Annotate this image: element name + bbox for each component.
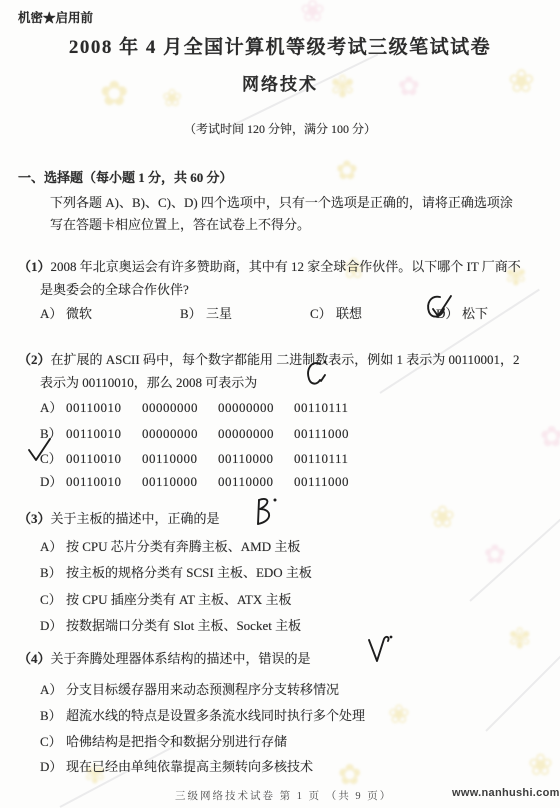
question-text: 关于主板的描述中，正确的是: [51, 511, 220, 526]
binary-group: 00110111: [294, 451, 370, 467]
question-number: （2）: [18, 352, 51, 367]
question-text: 关于奔腾处理器体系结构的描述中，错误的是: [51, 651, 311, 666]
option-label: C）: [310, 303, 336, 322]
flower-watermark-icon: ✿: [484, 540, 506, 570]
question-2-option-b: B）00110010000000000000000000111000: [40, 423, 370, 442]
question-4-stem: （4）关于奔腾处理器体系结构的描述中，错误的是: [18, 648, 311, 667]
footer-page-info: 三级网络技术试卷 第 1 页 （共 9 页）: [175, 788, 392, 803]
flower-watermark-icon: ✿: [336, 156, 358, 186]
option-label: C）: [40, 731, 66, 750]
handwritten-letter-d-q4-icon: [365, 634, 393, 666]
question-1-stem: （1）2008 年北京奥运会有许多赞助商，其中有 12 家全球合作伙伴。以下哪个…: [18, 256, 521, 275]
flower-watermark-icon: ❀: [528, 748, 553, 783]
flower-watermark-icon: ✿: [540, 420, 560, 454]
flower-watermark-icon: ✾: [508, 622, 531, 656]
question-4-option-a: A）分支目标缓存器用来动态预测程序分支转移情况: [40, 679, 339, 698]
option-text: 超流水线的特点是设置多条流水线同时执行多个处理: [66, 708, 365, 723]
question-text: 在扩展的 ASCII 码中，每个数字都能用 二进制数表示，例如 1 表示为 00…: [51, 352, 520, 367]
binary-group: 00110000: [142, 451, 218, 467]
page-subtitle: 网络技术: [0, 70, 560, 95]
binary-group: 00110000: [142, 474, 218, 490]
flower-watermark-icon: ❀: [300, 0, 325, 29]
binary-group: 00000000: [218, 426, 294, 442]
option-label: A）: [40, 536, 66, 555]
page-title: 2008 年 4 月全国计算机等级考试三级笔试试卷: [0, 32, 560, 59]
question-4-option-c: C）哈佛结构是把指令和数据分别进行存储: [40, 731, 287, 750]
question-2-stem: （2）在扩展的 ASCII 码中，每个数字都能用 二进制数表示，例如 1 表示为…: [18, 349, 519, 368]
option-text: 按数据端口分类有 Slot 主板、Socket 主板: [66, 618, 301, 633]
question-number: （1）: [18, 259, 51, 274]
option-label: A）: [40, 303, 66, 322]
question-number: （3）: [18, 511, 51, 526]
question-1-option-c: C）联想: [310, 303, 362, 322]
option-text: 联想: [336, 306, 362, 321]
option-label: A）: [40, 679, 66, 698]
section-heading: 一、选择题（每小题 1 分，共 60 分）: [18, 167, 233, 186]
flower-watermark-icon: ❀: [430, 500, 455, 535]
question-1-option-a: A）微软: [40, 303, 92, 322]
question-4-option-d: D）现在已经由单纯依靠提高主频转向多核技术: [40, 756, 313, 775]
option-text: 微软: [66, 306, 92, 321]
option-text: 现在已经由单纯依靠提高主频转向多核技术: [66, 759, 313, 774]
question-1-option-b: B）三星: [180, 303, 232, 322]
scan-fold-line: [469, 493, 560, 602]
binary-group: 00110010: [66, 426, 142, 442]
question-3-option-a: A）按 CPU 芯片分类有奔腾主板、AMD 主板: [40, 536, 300, 555]
question-3-option-b: B）按主板的规格分类有 SCSI 主板、EDO 主板: [40, 562, 312, 581]
option-label: D）: [40, 756, 66, 775]
binary-group: 00000000: [142, 426, 218, 442]
flower-watermark-icon: ✿: [338, 758, 361, 792]
option-label: B）: [180, 303, 206, 322]
question-2-option-d: D）00110010001100000011000000111000: [40, 471, 370, 490]
question-2-option-a: A）00110010000000000000000000110111: [40, 397, 370, 416]
question-2-stem-wrap: 表示为 00110010，那么 2008 可表示为: [40, 372, 257, 391]
handwritten-circle-check-option-d-icon: [424, 293, 460, 323]
option-text: 松下: [462, 306, 488, 321]
binary-group: 00110000: [218, 474, 294, 490]
exam-time-score-info: （考试时间 120 分钟，满分 100 分）: [0, 120, 560, 137]
section-instructions-line1: 下列各题 A)、B)、C)、D) 四个选项中，只有一个选项是正确的，请将正确选项…: [50, 192, 513, 211]
option-label: C）: [40, 589, 66, 608]
flower-watermark-icon: ❀: [388, 700, 410, 730]
option-label: A）: [40, 397, 66, 416]
binary-group: 00110010: [66, 451, 142, 467]
option-text: 三星: [206, 306, 232, 321]
binary-group: 00000000: [142, 400, 218, 416]
option-text: 按 CPU 插座分类有 AT 主板、ATX 主板: [66, 592, 291, 607]
binary-group: 00111000: [294, 474, 370, 490]
scan-fold-line: [485, 645, 560, 731]
section-instructions-line2: 写在答题卡相应位置上，答在试卷上不得分。: [50, 214, 310, 233]
question-3-option-d: D）按数据端口分类有 Slot 主板、Socket 主板: [40, 615, 301, 634]
question-2-option-c: C）00110010001100000011000000110111: [40, 448, 370, 467]
option-label: D）: [40, 615, 66, 634]
option-text: 按主板的规格分类有 SCSI 主板、EDO 主板: [66, 565, 312, 580]
binary-group: 00110111: [294, 400, 370, 416]
option-label: B）: [40, 562, 66, 581]
binary-group: 00110010: [66, 474, 142, 490]
exam-paper-page: ✿ ❀ ❀ ✾ ✿ ❀ ✿ ❀ ✾ ✿ ❀ ✿ ✾ ❀ ✿ ❀ ✾ 机密★启用前…: [0, 0, 560, 808]
question-3-stem: （3）关于主板的描述中，正确的是: [18, 508, 220, 527]
question-1-stem-wrap: 是奥委会的全球合作伙伴?: [40, 279, 189, 298]
question-number: （4）: [18, 651, 51, 666]
option-label: B）: [40, 705, 66, 724]
classification-label: 机密★启用前: [18, 8, 93, 26]
binary-group: 00000000: [218, 400, 294, 416]
binary-group: 00111000: [294, 426, 370, 442]
handwritten-check-option-c-icon: [27, 437, 53, 465]
option-text: 哈佛结构是把指令和数据分别进行存储: [66, 734, 287, 749]
option-text: 按 CPU 芯片分类有奔腾主板、AMD 主板: [66, 539, 300, 554]
binary-group: 00110010: [66, 400, 142, 416]
question-4-option-b: B）超流水线的特点是设置多条流水线同时执行多个处理: [40, 705, 365, 724]
binary-group: 00110000: [218, 451, 294, 467]
handwritten-letter-b-q3-icon: [251, 495, 279, 529]
option-label: D）: [40, 471, 66, 490]
handwritten-letter-c-q2-icon: [302, 358, 328, 390]
question-3-option-c: C）按 CPU 插座分类有 AT 主板、ATX 主板: [40, 589, 291, 608]
footer-site-watermark: www.nanhushi.com: [452, 787, 560, 799]
question-text: 2008 年北京奥运会有许多赞助商，其中有 12 家全球合作伙伴。以下哪个 IT…: [51, 259, 521, 274]
option-text: 分支目标缓存器用来动态预测程序分支转移情况: [66, 682, 339, 697]
